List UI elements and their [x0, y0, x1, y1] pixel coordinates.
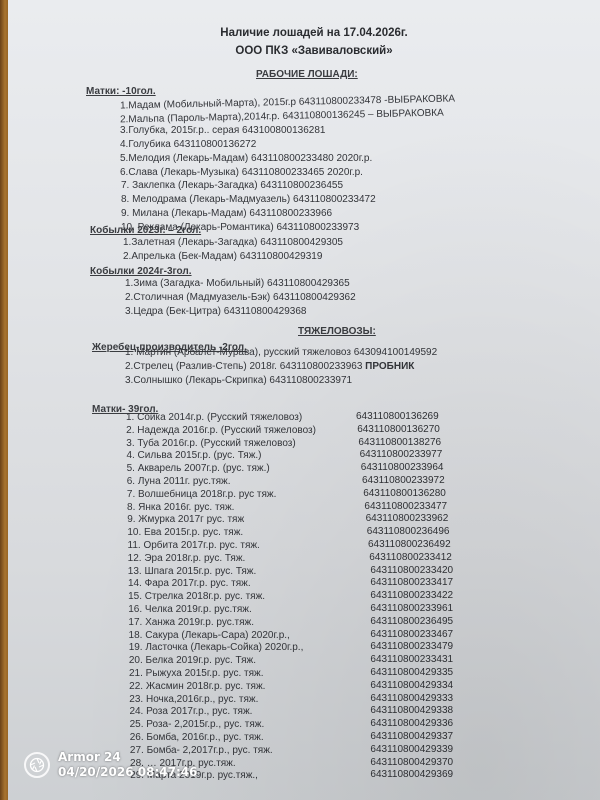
- chip-number: 643110800233467: [370, 629, 453, 640]
- chip-number: 643110800233961: [370, 603, 453, 614]
- list-item: 5.Мелодия (Лекарь-Мадам) 643110800233480…: [120, 153, 372, 164]
- list-item: 6.Слава (Лекарь-Музыка) 643110800233465 …: [120, 167, 363, 178]
- chip-number: 643110800429335: [370, 667, 453, 678]
- table-row: 13. Шпага 2015г.р. рус. Тяж.: [128, 566, 256, 577]
- subsection-fillies-2024: Кобылки 2024г-3гол.: [90, 266, 192, 277]
- chip-number: 643110800429369: [370, 769, 453, 780]
- table-row: 22. Жасмин 2018г.р. рус. тяж.: [129, 681, 265, 692]
- chip-number: 643110800233477: [364, 501, 447, 512]
- item-text: 3.Голубка, 2015г.р.. серая 6431008001362…: [120, 125, 325, 136]
- item-text: 2.Столичная (Мадмуазель-Бэк) 64311080042…: [125, 292, 356, 303]
- list-item: 3.Голубка, 2015г.р.. серая 6431008001362…: [120, 125, 325, 136]
- chip-number: 643110800233412: [369, 552, 452, 563]
- camera-watermark: Armor 24 04/20/2026 08:47:46: [24, 747, 197, 783]
- table-row: 20. Белка 2019г.р. рус. Тяж.: [129, 655, 256, 666]
- table-row: 19. Ласточка (Лекарь-Сойка) 2020г.р.,: [129, 642, 304, 653]
- list-item: 1.Залетная (Лекарь-Загадка) 643110800429…: [123, 237, 343, 248]
- item-text: 8. Мелодрама (Лекарь-Мадмуазель) 6431108…: [121, 194, 376, 205]
- item-text: 2.Мальпа (Пароль-Марта),2014г.р. 6431108…: [120, 109, 365, 125]
- chip-number: 643110800233977: [360, 449, 443, 460]
- table-row: 14. Фара 2017г.р. рус. тяж.: [128, 578, 251, 589]
- table-row: 26. Бомба, 2016г.р., рус. тяж.: [130, 732, 264, 743]
- item-text: 3.Цедра (Бек-Цитра) 643110800429368: [125, 306, 306, 317]
- chip-number: 643110800429333: [370, 693, 453, 704]
- chip-number: 643110800429334: [370, 680, 453, 691]
- table-row: 5. Акварель 2007г.р. (рус. тяж.): [127, 463, 270, 474]
- item-text: 3.Солнышко (Лекарь-Скрипка) 643110800233…: [125, 375, 352, 386]
- item-text: 1.Залетная (Лекарь-Загадка) 643110800429…: [123, 237, 343, 248]
- list-item: 2.Апрелька (Бек-Мадам) 643110800429319: [123, 251, 322, 262]
- item-note: ПРОБНИК: [362, 361, 414, 372]
- table-row: 17. Ханжа 2019г.р. рус.тяж.: [128, 617, 254, 628]
- table-row: 15. Стрелка 2018г.р. рус. тяж.: [128, 591, 265, 602]
- list-item: 4.Голубика 643110800136272: [120, 139, 256, 150]
- chip-number: 643110800138276: [358, 437, 441, 448]
- table-row: 7. Волшебница 2018г.р. рус тяж.: [127, 489, 277, 500]
- chip-number: 643110800429337: [370, 731, 453, 742]
- chip-number: 643110800429338: [370, 705, 453, 716]
- table-row: 25. Роза- 2,2015г.р., рус. тяж.: [130, 719, 265, 730]
- chip-number: 643110800136269: [356, 411, 439, 422]
- list-item: 7. Заклепка (Лекарь-Загадка) 64311080023…: [121, 180, 343, 191]
- chip-number: 643110800429336: [370, 718, 453, 729]
- item-text: 9. Милана (Лекарь-Мадам) 643110800233966: [121, 208, 332, 219]
- subsection-fillies-2023: Кобылки 2023г. – 2гол.: [90, 225, 201, 236]
- table-row: 10. Ева 2015г.р. рус. тяж.: [127, 527, 243, 538]
- section-working-horses: РАБОЧИЕ ЛОШАДИ:: [256, 69, 358, 80]
- aperture-icon: [24, 752, 50, 778]
- list-item: 1.Зима (Загадка- Мобильный) 643110800429…: [125, 278, 350, 289]
- item-note: -ВЫБРАКОВКА: [381, 93, 455, 106]
- document-title: Наличие лошадей на 17.04.2026г.: [18, 27, 600, 39]
- chip-number: 643110800236496: [367, 526, 450, 537]
- organization-name: ООО ПКЗ «Завиваловский»: [18, 45, 600, 57]
- list-item: 3.Солнышко (Лекарь-Скрипка) 643110800233…: [125, 375, 352, 386]
- table-row: 21. Рыжуха 2015г.р. рус. тяж.: [129, 668, 264, 679]
- chip-number: 643110800136270: [357, 424, 440, 435]
- item-text: 5.Мелодия (Лекарь-Мадам) 643110800233480…: [120, 153, 372, 164]
- table-row: 24. Роза 2017г.р., рус. тяж.: [129, 706, 252, 717]
- chip-number: 643110800429339: [370, 744, 453, 755]
- table-row: 16. Челка 2019г.р. рус.тяж.: [128, 604, 252, 615]
- table-row: 23. Ночка,2016г.р., рус. тяж.: [129, 694, 258, 705]
- table-row: 6. Луна 2011г. рус.тяж.: [127, 476, 231, 487]
- item-text: 2.Стрелец (Разлив-Степь) 2018г. 64311080…: [125, 361, 362, 372]
- item-text: 1.Зима (Загадка- Мобильный) 643110800429…: [125, 278, 350, 289]
- item-text: 1. Мартин (Арбалет-Мурава), русский тяже…: [125, 347, 437, 358]
- chip-number: 643110800233422: [370, 590, 453, 601]
- watermark-timestamp: 04/20/2026 08:47:46: [58, 765, 197, 780]
- list-item: 1. Мартин (Арбалет-Мурава), русский тяже…: [125, 347, 437, 358]
- chip-number: 643110800233972: [362, 475, 445, 486]
- table-row: 8. Янка 2016г. рус. тяж.: [127, 502, 234, 513]
- item-text: 6.Слава (Лекарь-Музыка) 643110800233465 …: [120, 167, 363, 178]
- item-text: 7. Заклепка (Лекарь-Загадка) 64311080023…: [121, 180, 343, 191]
- list-item: 9. Милана (Лекарь-Мадам) 643110800233966: [121, 208, 332, 219]
- item-text: 4.Голубика 643110800136272: [120, 139, 256, 150]
- list-item: 2.Столичная (Мадмуазель-Бэк) 64311080042…: [125, 292, 356, 303]
- table-row: 1. Сойка 2014г.р. (Русский тяжеловоз): [126, 412, 302, 423]
- list-item: 8. Мелодрама (Лекарь-Мадмуазель) 6431108…: [121, 194, 376, 205]
- chip-number: 643110800233964: [361, 462, 444, 473]
- table-row: 11. Орбита 2017г.р. рус. тяж.: [128, 540, 260, 551]
- table-row: 4. Сильва 2015г.р. (рус. Тяж.): [126, 450, 261, 461]
- chip-number: 643110800233962: [366, 513, 449, 524]
- document-page: Наличие лошадей на 17.04.2026г. ООО ПКЗ …: [8, 0, 600, 800]
- table-row: 2. Надежда 2016г.р. (Русский тяжеловоз): [126, 425, 316, 436]
- item-note: – ВЫБРАКОВКА: [365, 108, 444, 121]
- chip-number: 643110800233479: [370, 641, 453, 652]
- watermark-device: Armor 24: [58, 750, 197, 765]
- section-heavy-draft: ТЯЖЕЛОВОЗЫ:: [298, 326, 376, 337]
- table-row: 18. Сакура (Лекарь-Сара) 2020г.р.,: [129, 630, 290, 641]
- chip-number: 643110800236495: [370, 616, 453, 627]
- chip-number: 643110800233420: [370, 565, 453, 576]
- list-item: 2.Стрелец (Разлив-Степь) 2018г. 64311080…: [125, 361, 414, 372]
- chip-number: 643110800233417: [370, 577, 453, 588]
- chip-number: 643110800236492: [368, 539, 451, 550]
- table-row: 12. Эра 2018г.р. рус. Тяж.: [128, 553, 246, 564]
- chip-number: 643110800429370: [370, 757, 453, 768]
- list-item: 3.Цедра (Бек-Цитра) 643110800429368: [125, 306, 306, 317]
- subsection-working-mares: Матки: -10гол.: [86, 86, 156, 97]
- table-row: 3. Туба 2016г.р. (Русский тяжеловоз): [126, 438, 295, 449]
- chip-number: 643110800233431: [370, 654, 453, 665]
- item-text: 2.Апрелька (Бек-Мадам) 643110800429319: [123, 251, 322, 262]
- chip-number: 643110800136280: [363, 488, 446, 499]
- table-row: 9. Жмурка 2017г рус. тяж: [127, 514, 244, 525]
